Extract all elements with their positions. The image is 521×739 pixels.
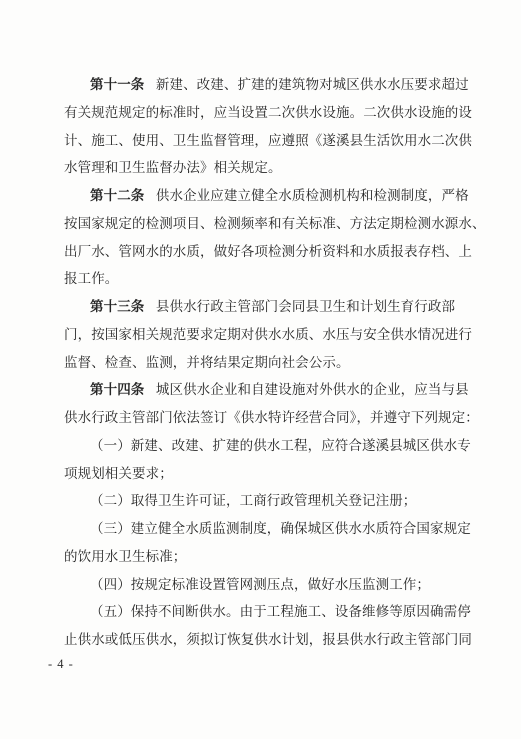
text-line: 的饮用水卫生标准； [64, 543, 476, 571]
text-line: 水管理和卫生监督办法》相关规定。 [64, 154, 476, 182]
text-line: 有关规范规定的标准时，应当设置二次供水设施。二次供水设施的设 [64, 99, 476, 127]
text-line: 出厂水、管网水的水质，做好各项检测分析资料和水质报表存档、上 [64, 238, 476, 266]
article-number: 第十二条 [90, 188, 144, 203]
article-number: 第十四条 [90, 382, 144, 397]
article-text: 供水企业应建立健全水质检测机构和检测制度，严格 [156, 188, 469, 203]
text-line: 报工作。 [64, 265, 476, 293]
article-number: 第十三条 [90, 299, 144, 314]
document-body: 第十一条新建、改建、扩建的建筑物对城区供水水压要求超过有关规范规定的标准时，应当… [64, 71, 476, 654]
text-line: （二）取得卫生许可证，工商行政管理机关登记注册； [64, 487, 476, 515]
text-line: 计、施工、使用、卫生监督管理，应遵照《遂溪县生活饮用水二次供 [64, 127, 476, 155]
text-line: （五）保持不间断供水。由于工程施工、设备维修等原因确需停 [64, 598, 476, 626]
text-line: 第十三条县供水行政主管部门会同县卫生和计划生育行政部 [64, 293, 476, 321]
text-line: 第十一条新建、改建、扩建的建筑物对城区供水水压要求超过 [64, 71, 476, 99]
document-page: 第十一条新建、改建、扩建的建筑物对城区供水水压要求超过有关规范规定的标准时，应当… [0, 0, 521, 739]
text-line: 按国家规定的检测项目、检测频率和有关标准、方法定期检测水源水、 [64, 210, 476, 238]
text-line: 项规划相关要求； [64, 460, 476, 488]
text-line: （一）新建、改建、扩建的供水工程，应符合遂溪县城区供水专 [64, 432, 476, 460]
text-line: 第十二条供水企业应建立健全水质检测机构和检测制度，严格 [64, 182, 476, 210]
page-number: - 4 - [48, 656, 74, 672]
text-line: 第十四条城区供水企业和自建设施对外供水的企业，应当与县 [64, 376, 476, 404]
text-line: 供水行政主管部门依法签订《供水特许经营合同》，并遵守下列规定： [64, 404, 476, 432]
article-text: 县供水行政主管部门会同县卫生和计划生育行政部 [156, 299, 455, 314]
article-text: 新建、改建、扩建的建筑物对城区供水水压要求超过 [156, 77, 469, 92]
text-line: 门，按国家相关规范要求定期对供水水质、水压与安全供水情况进行 [64, 321, 476, 349]
text-line: （四）按规定标准设置管网测压点，做好水压监测工作； [64, 571, 476, 599]
text-line: 止供水或低压供水，须拟订恢复供水计划，报县供水行政主管部门同 [64, 626, 476, 654]
text-line: 监督、检查、监测，并将结果定期向社会公示。 [64, 349, 476, 377]
article-text: 城区供水企业和自建设施对外供水的企业，应当与县 [156, 382, 469, 397]
article-number: 第十一条 [90, 77, 144, 92]
text-line: （三）建立健全水质监测制度，确保城区供水水质符合国家规定 [64, 515, 476, 543]
